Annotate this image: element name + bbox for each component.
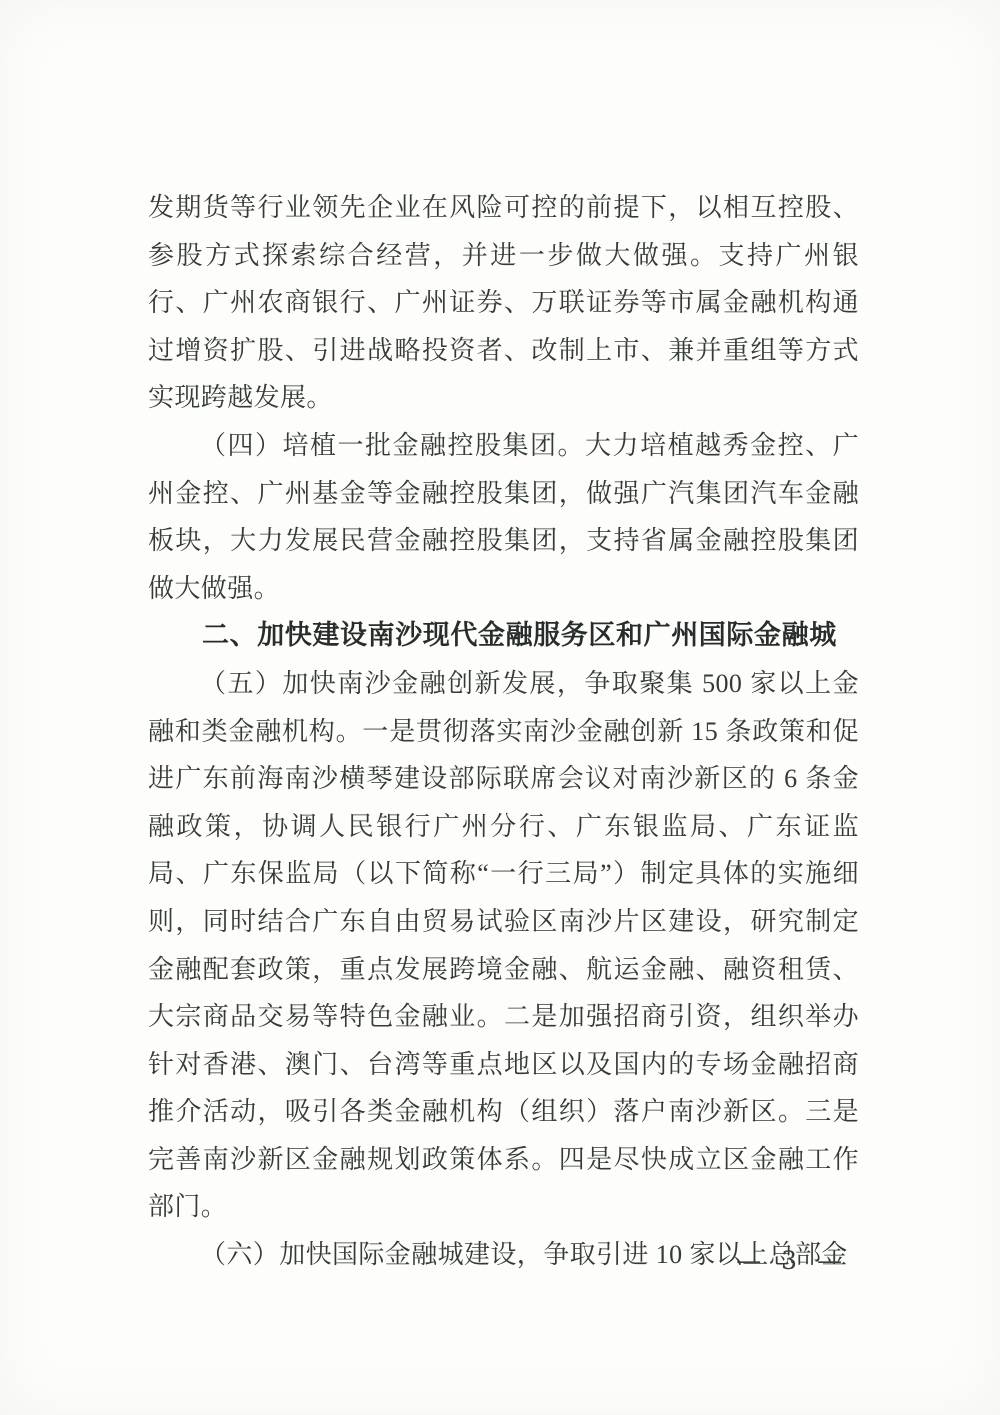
body-text: 发期货等行业领先企业在风险可控的前提下，以相互控股、参股方式探索综合经营，并进一… [148,184,859,1279]
paragraph-item-four: （四）培植一批金融控股集团。大力培植越秀金控、广州金控、广州基金等金融控股集团，… [148,422,859,612]
paragraph-continuation: 发期货等行业领先企业在风险可控的前提下，以相互控股、参股方式探索综合经营，并进一… [148,184,859,422]
paragraph-item-five: （五）加快南沙金融创新发展，争取聚集 500 家以上金融和类金融机构。一是贯彻落… [148,660,859,1231]
page-number: — 3 — [736,1246,848,1275]
section-heading-two: 二、加快建设南沙现代金融服务区和广州国际金融城 [148,612,859,660]
document-page: 发期货等行业领先企业在风险可控的前提下，以相互控股、参股方式探索综合经营，并进一… [0,0,1000,1415]
